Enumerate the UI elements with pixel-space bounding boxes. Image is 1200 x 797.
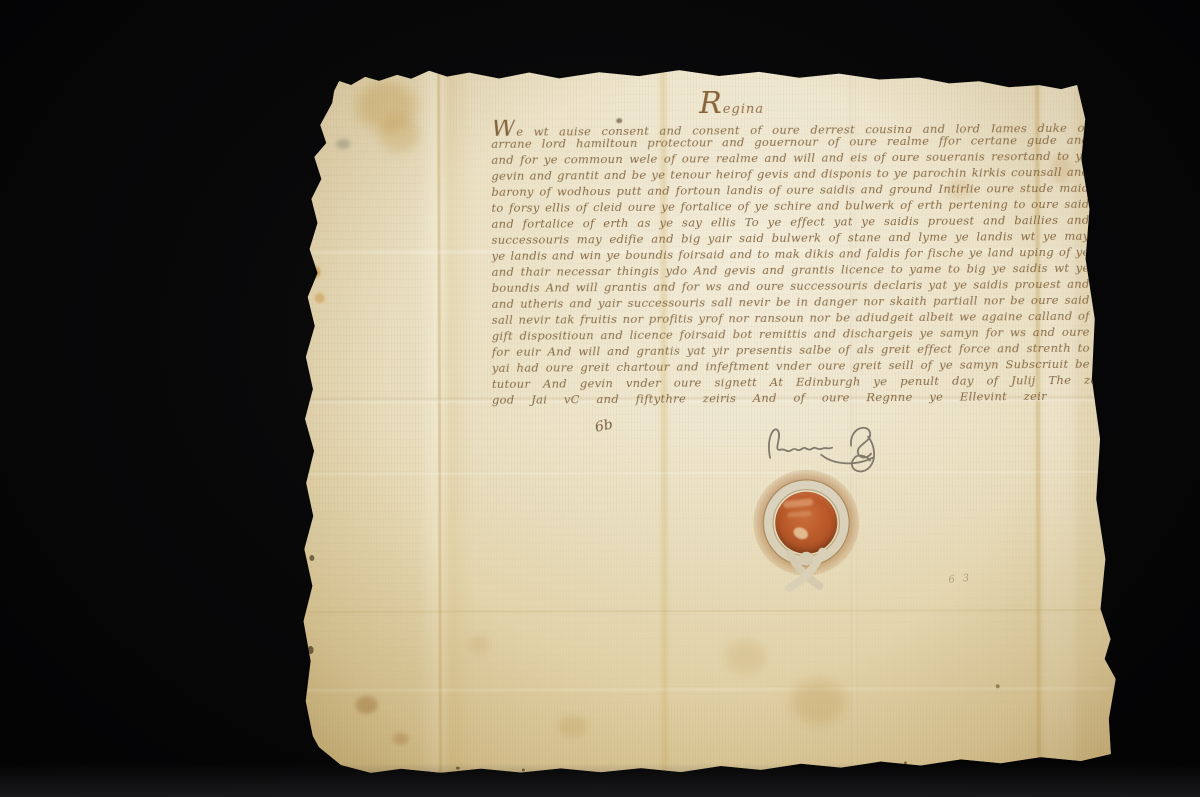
paper-vignette xyxy=(294,59,1126,776)
photo-backdrop: { "scene": { "type": "photograph of a 16… xyxy=(0,0,1200,797)
photograph: Regina We wt auise consent and consent o… xyxy=(0,0,1200,797)
floor-shadow xyxy=(0,763,1200,797)
paper-sheet: Regina We wt auise consent and consent o… xyxy=(294,59,1126,776)
